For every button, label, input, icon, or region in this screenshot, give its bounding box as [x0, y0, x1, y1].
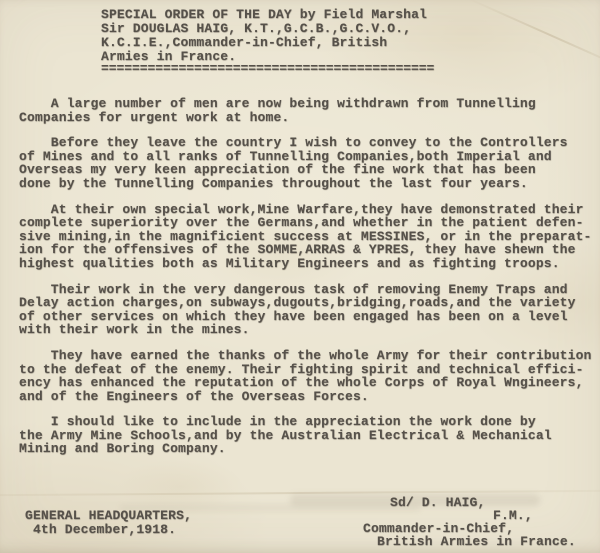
- paragraph-withdrawal: A large number of men are now being with…: [19, 97, 597, 124]
- document-body: A large number of men are now being with…: [19, 97, 597, 468]
- paragraph-mine-warfare: At their own special work,Mine Warfare,t…: [19, 203, 597, 271]
- signature-name: Sd/ D. HAIG,: [390, 496, 485, 510]
- paragraph-mine-schools: I should like to include in the apprecia…: [19, 415, 597, 456]
- document-page: SPECIAL ORDER OF THE DAY by Field Marsha…: [0, 0, 600, 553]
- signature-command: British Armies in France.: [377, 535, 576, 549]
- paragraph-appreciation: Before they leave the country I wish to …: [19, 136, 597, 190]
- paper-crease-top-right: [467, 0, 600, 73]
- paragraph-army-thanks: They have earned the thanks of the whole…: [19, 349, 597, 403]
- order-title-block: SPECIAL ORDER OF THE DAY by Field Marsha…: [101, 8, 427, 64]
- title-underline: ========================================…: [101, 62, 434, 76]
- paragraph-dangerous-task: Their work in the very dangerous task of…: [19, 283, 597, 337]
- footer-place-date: GENERAL HEADQUARTERS, 4th December,1918.: [25, 509, 192, 536]
